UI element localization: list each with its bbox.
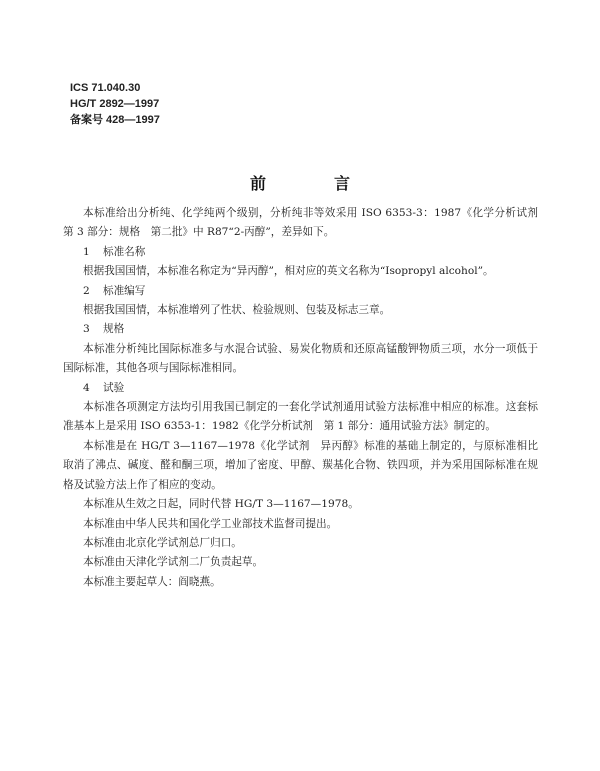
section-heading-2: 2标准编写: [63, 282, 538, 301]
section-title: 标准名称: [103, 246, 145, 258]
section-number: 2: [83, 282, 103, 301]
section-heading-3: 3规格: [63, 320, 538, 339]
centralized-by-paragraph: 本标准由北京化学试剂总厂归口。: [63, 534, 538, 553]
title-char-1: 前: [250, 171, 266, 194]
section-heading-4: 4试验: [63, 379, 538, 398]
page-title: 前言: [0, 171, 600, 194]
standard-metadata: ICS 71.040.30 HG/T 2892—1997 备案号 428—199…: [70, 80, 160, 128]
standard-number: HG/T 2892—1997: [70, 96, 160, 112]
section-title: 标准编写: [103, 285, 145, 297]
drafting-unit-paragraph: 本标准由天津化学试剂二厂负责起草。: [63, 553, 538, 572]
section-number: 1: [83, 243, 103, 262]
section-title: 规格: [103, 323, 124, 335]
revision-paragraph: 本标准是在 HG/T 3—1167—1978《化学试剂 异丙醇》标准的基础上制定…: [63, 437, 538, 495]
ics-code: ICS 71.040.30: [70, 80, 160, 96]
title-char-2: 言: [334, 171, 350, 194]
section-number: 3: [83, 320, 103, 339]
foreword-body: 本标准给出分析纯、化学纯两个级别，分析纯非等效采用 ISO 6353-3：198…: [63, 204, 538, 592]
proposer-paragraph: 本标准由中华人民共和国化学工业部技术监督司提出。: [63, 515, 538, 534]
intro-paragraph: 本标准给出分析纯、化学纯两个级别，分析纯非等效采用 ISO 6353-3：198…: [63, 204, 538, 243]
section-title: 试验: [103, 382, 124, 394]
section-text-4: 本标准各项测定方法均引用我国已制定的一套化学试剂通用试验方法标准中相应的标准。这…: [63, 398, 538, 437]
drafter-paragraph: 本标准主要起草人：阎晓燕。: [63, 573, 538, 592]
filing-number: 备案号 428—1997: [70, 112, 160, 128]
section-text-1: 根据我国国情，本标准名称定为“异丙醇”，相对应的英文名称为“Isopropyl …: [63, 262, 538, 281]
section-text-2: 根据我国国情，本标准增列了性状、检验规则、包装及标志三章。: [63, 301, 538, 320]
effective-date-paragraph: 本标准从生效之日起，同时代替 HG/T 3—1167—1978。: [63, 495, 538, 514]
section-text-3: 本标准分析纯比国际标准多与水混合试验、易炭化物质和还原高锰酸钾物质三项，水分一项…: [63, 340, 538, 379]
section-heading-1: 1标准名称: [63, 243, 538, 262]
section-number: 4: [83, 379, 103, 398]
